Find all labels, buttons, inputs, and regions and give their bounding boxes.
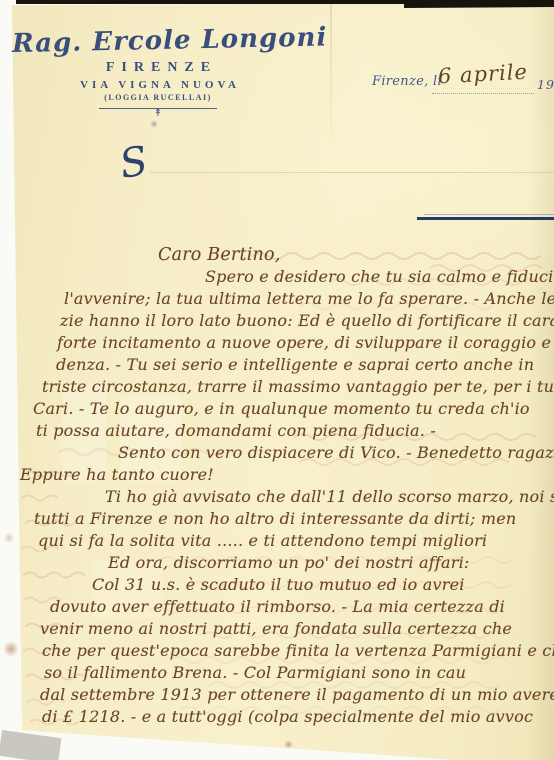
letter-line: Cari. - Te lo auguro, e in qualunque mom… <box>0 398 554 420</box>
faint-horizontal-rule <box>150 172 554 173</box>
date-underline <box>432 93 534 94</box>
letter-line: tutti a Firenze e non ho altro di intere… <box>0 508 554 530</box>
letter-line: Col 31 u.s. è scaduto il tuo mutuo ed io… <box>0 574 554 596</box>
ink-spot <box>150 120 158 128</box>
letter-line: ti possa aiutare, domandami con piena fi… <box>0 420 554 442</box>
margin-line-dark <box>417 217 554 220</box>
letter-photo: { "letterhead": { "name": "Rag. Ercole L… <box>0 0 554 760</box>
letter-line: dal settembre 1913 per ottenere il pagam… <box>0 684 554 706</box>
letter-line: Sento con vero dispiacere di Vico. - Ben… <box>0 442 554 464</box>
letter-line: so il fallimento Brena. - Col Parmigiani… <box>0 662 554 684</box>
letterhead-street: VIA VIGNA NUOVA <box>12 79 304 91</box>
letter-line: dovuto aver effettuato il rimborso. - La… <box>0 596 554 618</box>
letterhead-note: (LOGGIA RUCELLAI) <box>12 93 304 102</box>
letterhead-ornament-icon: ↟ <box>12 109 304 118</box>
letter-line: Ti ho già avvisato che dall'11 dello sco… <box>0 486 554 508</box>
letterhead-city: FIRENZE <box>12 60 304 76</box>
letterhead-name: Rag. Ercole Longoni <box>12 23 305 59</box>
letter-line: venir meno ai nostri patti, era fondata … <box>0 618 554 640</box>
letter-body: Caro Bertino,Spero e desidero che tu sia… <box>0 244 554 728</box>
letterhead: Rag. Ercole Longoni FIRENZE VIA VIGNA NU… <box>12 26 304 118</box>
letter-line: Eppure ha tanto cuore! <box>0 464 554 486</box>
date-printed-prefix: Firenze, li <box>372 74 442 89</box>
scan-background-shadow <box>0 730 62 760</box>
letter-line: zie hanno il loro lato buono: Ed è quell… <box>0 310 554 332</box>
date-printed-year: 191 <box>537 77 554 92</box>
paper-stain <box>284 740 293 749</box>
scan-top-edge-right <box>404 0 554 8</box>
letter-line: denza. - Tu sei serio e intelligente e s… <box>0 354 554 376</box>
letter-line: Ed ora, discorriamo un po' dei nostri af… <box>0 552 554 574</box>
letter-line: qui si fa la solita vita ..... e ti atte… <box>0 530 554 552</box>
margin-line-light <box>424 214 554 215</box>
paper-crease <box>330 4 332 154</box>
date-handwritten: 6 aprile <box>437 60 528 89</box>
letter-line: l'avvenire; la tua ultima lettera me lo … <box>0 288 554 310</box>
letter-line: che per quest'epoca sarebbe finita la ve… <box>0 640 554 662</box>
letter-line: Spero e desidero che tu sia calmo e fidu… <box>0 266 554 288</box>
letter-line: di £ 1218. - e a tutt'oggi (colpa specia… <box>0 706 554 728</box>
letter-line: forte incitamento a nuove opere, di svil… <box>0 332 554 354</box>
letter-line: triste circostanza, trarre il massimo va… <box>0 376 554 398</box>
letter-line: Caro Bertino, <box>0 244 554 266</box>
